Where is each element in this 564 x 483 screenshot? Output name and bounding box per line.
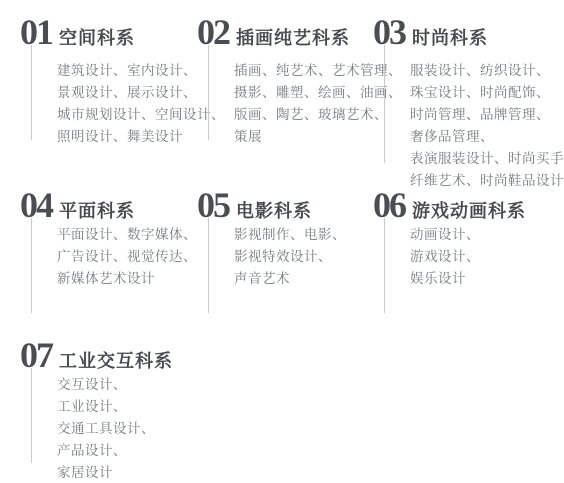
section-number: 03: [373, 19, 405, 46]
major-line: 景观设计、展示设计、: [57, 82, 225, 104]
major-line: 城市规划设计、空间设计、: [57, 104, 225, 126]
major-line: 影视特效设计、: [234, 246, 346, 268]
major-line: 声音艺术: [234, 268, 346, 290]
major-line: 新媒体艺术设计: [57, 268, 197, 290]
section-majors: 动画设计、游戏设计、娱乐设计: [410, 224, 480, 290]
section-graphic: 04 平面科系 平面设计、数字媒体、广告设计、视觉传达、新媒体艺术设计: [20, 192, 210, 223]
major-line: 影视制作、电影、: [234, 224, 346, 246]
major-line: 交互设计、: [57, 374, 155, 396]
major-line: 摄影、雕塑、绘画、油画、: [234, 82, 402, 104]
major-line: 照明设计、舞美设计: [57, 126, 225, 148]
major-line: 纤维艺术、时尚鞋品设计: [410, 170, 564, 192]
section-illustration-fine-art: 02 插画纯艺科系 插画、纯艺术、艺术管理、摄影、雕塑、绘画、油画、版画、陶艺、…: [197, 19, 387, 50]
section-number: 02: [197, 19, 229, 46]
major-line: 平面设计、数字媒体、: [57, 224, 197, 246]
major-line: 策展: [234, 126, 402, 148]
section-number: 05: [197, 192, 229, 219]
section-film: 05 电影科系 影视制作、电影、影视特效设计、声音艺术: [197, 192, 387, 223]
section-game-animation: 06 游戏动画科系 动画设计、游戏设计、娱乐设计: [373, 192, 563, 223]
section-head: 03 时尚科系: [373, 19, 563, 50]
vertical-divider: [31, 218, 32, 313]
section-majors: 影视制作、电影、影视特效设计、声音艺术: [234, 224, 346, 290]
section-head: 02 插画纯艺科系: [197, 19, 387, 50]
section-majors: 交互设计、工业设计、交通工具设计、产品设计、家居设计: [57, 374, 155, 483]
major-line: 表演服装设计、时尚买手、: [410, 148, 564, 170]
major-line: 交通工具设计、: [57, 418, 155, 440]
major-line: 家居设计: [57, 462, 155, 483]
major-line: 服装设计、纺织设计、: [410, 60, 564, 82]
major-line: 版画、陶艺、玻璃艺术、: [234, 104, 402, 126]
vertical-divider: [384, 218, 385, 313]
major-line: 珠宝设计、时尚配饰、: [410, 82, 564, 104]
section-number: 04: [20, 192, 52, 219]
section-majors: 插画、纯艺术、艺术管理、摄影、雕塑、绘画、油画、版画、陶艺、玻璃艺术、策展: [234, 60, 402, 148]
section-head: 01 空间科系: [20, 19, 210, 50]
major-line: 动画设计、: [410, 224, 480, 246]
section-space: 01 空间科系 建筑设计、室内设计、景观设计、展示设计、城市规划设计、空间设计、…: [20, 19, 210, 50]
major-line: 插画、纯艺术、艺术管理、: [234, 60, 402, 82]
section-number: 06: [373, 192, 405, 219]
section-head: 04 平面科系: [20, 192, 210, 223]
departments-overview-page: 01 空间科系 建筑设计、室内设计、景观设计、展示设计、城市规划设计、空间设计、…: [0, 0, 564, 483]
section-title: 空间科系: [59, 24, 135, 50]
major-line: 时尚管理、品牌管理、: [410, 104, 564, 126]
section-title: 电影科系: [236, 197, 312, 223]
section-title: 平面科系: [59, 197, 135, 223]
section-title: 工业交互科系: [59, 347, 173, 373]
section-majors: 服装设计、纺织设计、珠宝设计、时尚配饰、时尚管理、品牌管理、奢侈品管理、表演服装…: [410, 60, 564, 192]
section-head: 07 工业交互科系: [20, 342, 210, 373]
section-title: 时尚科系: [412, 24, 488, 50]
section-fashion: 03 时尚科系 服装设计、纺织设计、珠宝设计、时尚配饰、时尚管理、品牌管理、奢侈…: [373, 19, 563, 50]
major-line: 建筑设计、室内设计、: [57, 60, 225, 82]
section-title: 游戏动画科系: [412, 197, 526, 223]
vertical-divider: [384, 45, 385, 163]
section-majors: 建筑设计、室内设计、景观设计、展示设计、城市规划设计、空间设计、照明设计、舞美设…: [57, 60, 225, 148]
major-line: 娱乐设计: [410, 268, 480, 290]
section-number: 01: [20, 19, 52, 46]
section-industrial-interaction: 07 工业交互科系 交互设计、工业设计、交通工具设计、产品设计、家居设计: [20, 342, 210, 373]
section-head: 05 电影科系: [197, 192, 387, 223]
vertical-divider: [208, 45, 209, 140]
section-title: 插画纯艺科系: [236, 24, 350, 50]
section-number: 07: [20, 342, 52, 369]
section-majors: 平面设计、数字媒体、广告设计、视觉传达、新媒体艺术设计: [57, 224, 197, 290]
vertical-divider: [31, 45, 32, 140]
vertical-divider: [208, 218, 209, 313]
major-line: 游戏设计、: [410, 246, 480, 268]
major-line: 产品设计、: [57, 440, 155, 462]
major-line: 奢侈品管理、: [410, 126, 564, 148]
section-head: 06 游戏动画科系: [373, 192, 563, 223]
major-line: 工业设计、: [57, 396, 155, 418]
vertical-divider: [31, 368, 32, 463]
major-line: 广告设计、视觉传达、: [57, 246, 197, 268]
